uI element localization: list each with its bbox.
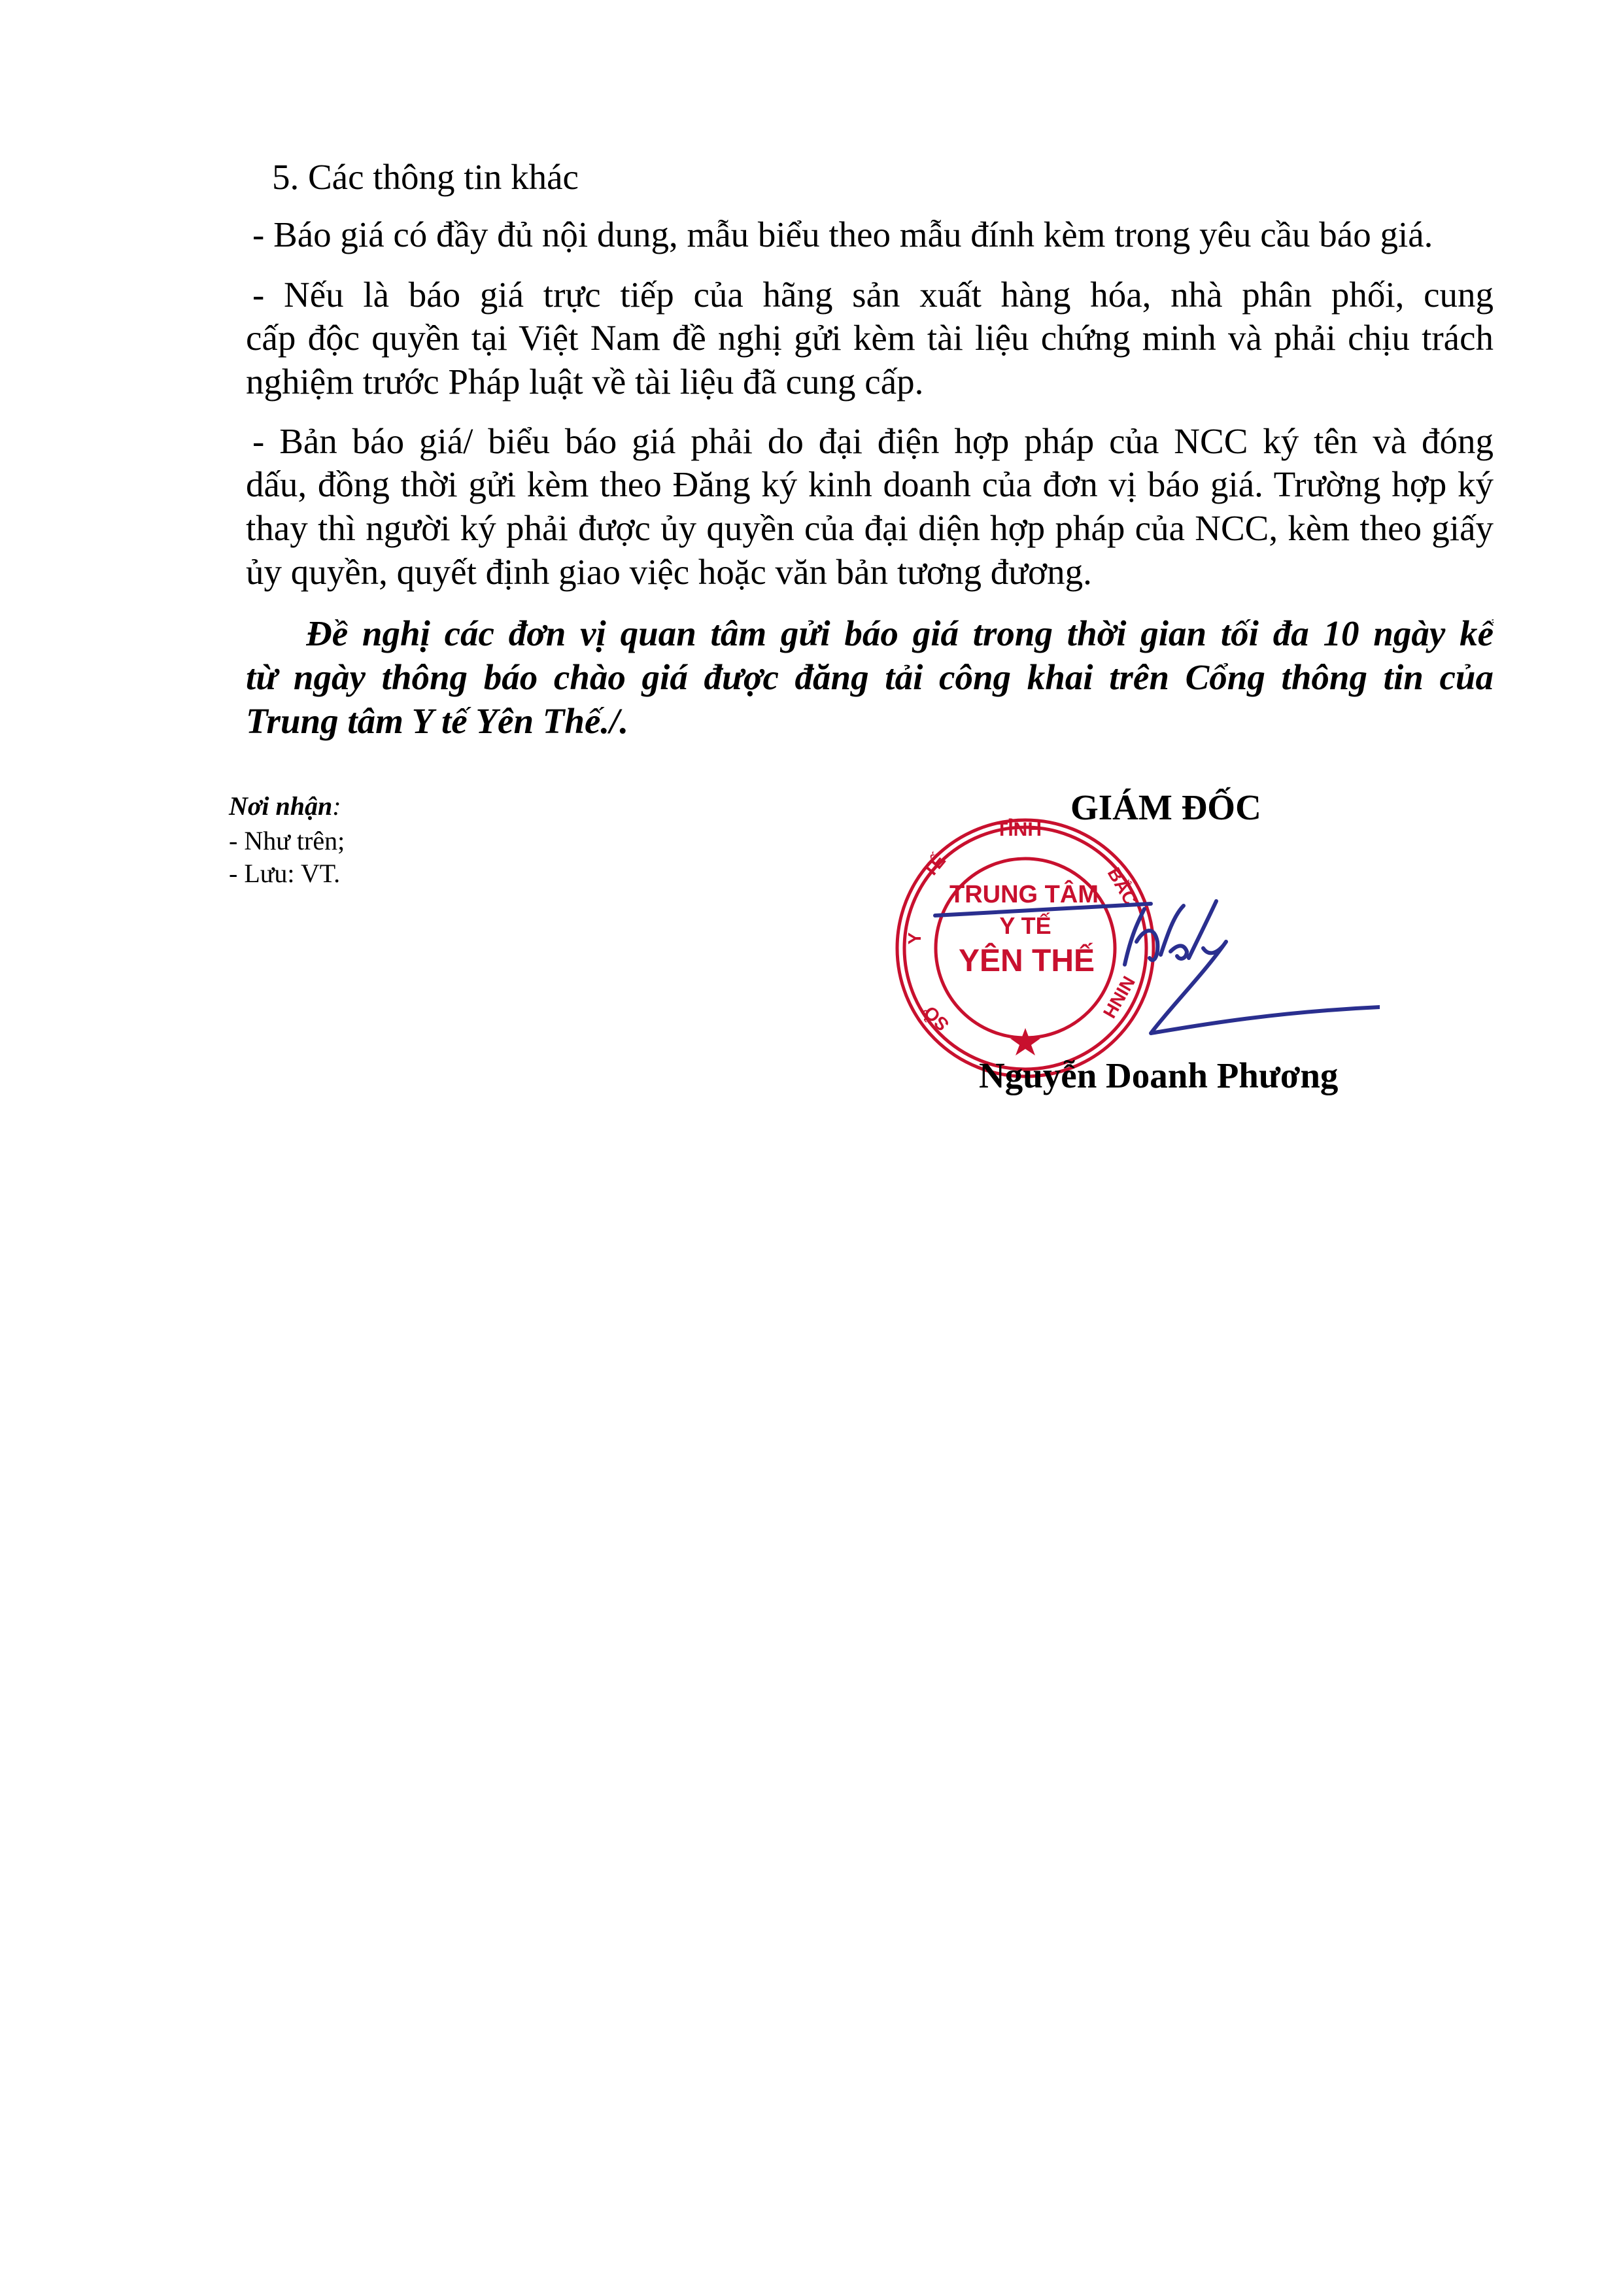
document-page: 5. Các thông tin khác - Báo giá có đầy đ… [0, 0, 1623, 2296]
recipients-title-text: Nơi nhận [229, 791, 332, 821]
closing-request-line-3: Trung tâm Y tế Yên Thế./. [246, 700, 1031, 743]
signatory-title: GIÁM ĐỐC [1070, 786, 1261, 829]
paragraph-3-line-3: thay thì người ký phải được ủy quyền của… [246, 507, 1494, 550]
stamp-ring-top: TỈNH [996, 818, 1042, 840]
handwritten-signature-icon [929, 896, 1380, 1046]
paragraph-3-line-1: - Bản báo giá/ biểu báo giá phải do đại … [252, 420, 1494, 463]
paragraph-3-line-2: dấu, đồng thời gửi kèm theo Đăng ký kinh… [246, 463, 1494, 506]
paragraph-2-line-1: - Nếu là báo giá trực tiếp của hãng sản … [252, 273, 1494, 317]
recipients-title-colon: : [332, 791, 341, 821]
signer-name: Nguyễn Doanh Phương [979, 1054, 1338, 1097]
recipients-title: Nơi nhận: [229, 790, 341, 823]
stamp-ring-te: TẾ [919, 850, 949, 881]
recipient-item: - Như trên; [229, 825, 345, 857]
section-heading: 5. Các thông tin khác [272, 156, 1057, 199]
closing-request-line-1: Đề nghị các đơn vị quan tâm gửi báo giá … [306, 612, 1494, 655]
paragraph-1-line-1: - Báo giá có đầy đủ nội dung, mẫu biểu t… [252, 213, 1495, 256]
paragraph-2-line-2: cấp độc quyền tại Việt Nam đề nghị gửi k… [246, 317, 1494, 360]
stamp-ring-y: Y [904, 932, 925, 944]
paragraph-2-line-3: nghiệm trước Pháp luật về tài liệu đã cu… [246, 360, 1161, 403]
recipient-item: - Lưu: VT. [229, 858, 340, 889]
paragraph-3-line-4: ủy quyền, quyết định giao việc hoặc văn … [246, 551, 1161, 594]
closing-request-line-2: từ ngày thông báo chào giá được đăng tải… [246, 656, 1494, 699]
